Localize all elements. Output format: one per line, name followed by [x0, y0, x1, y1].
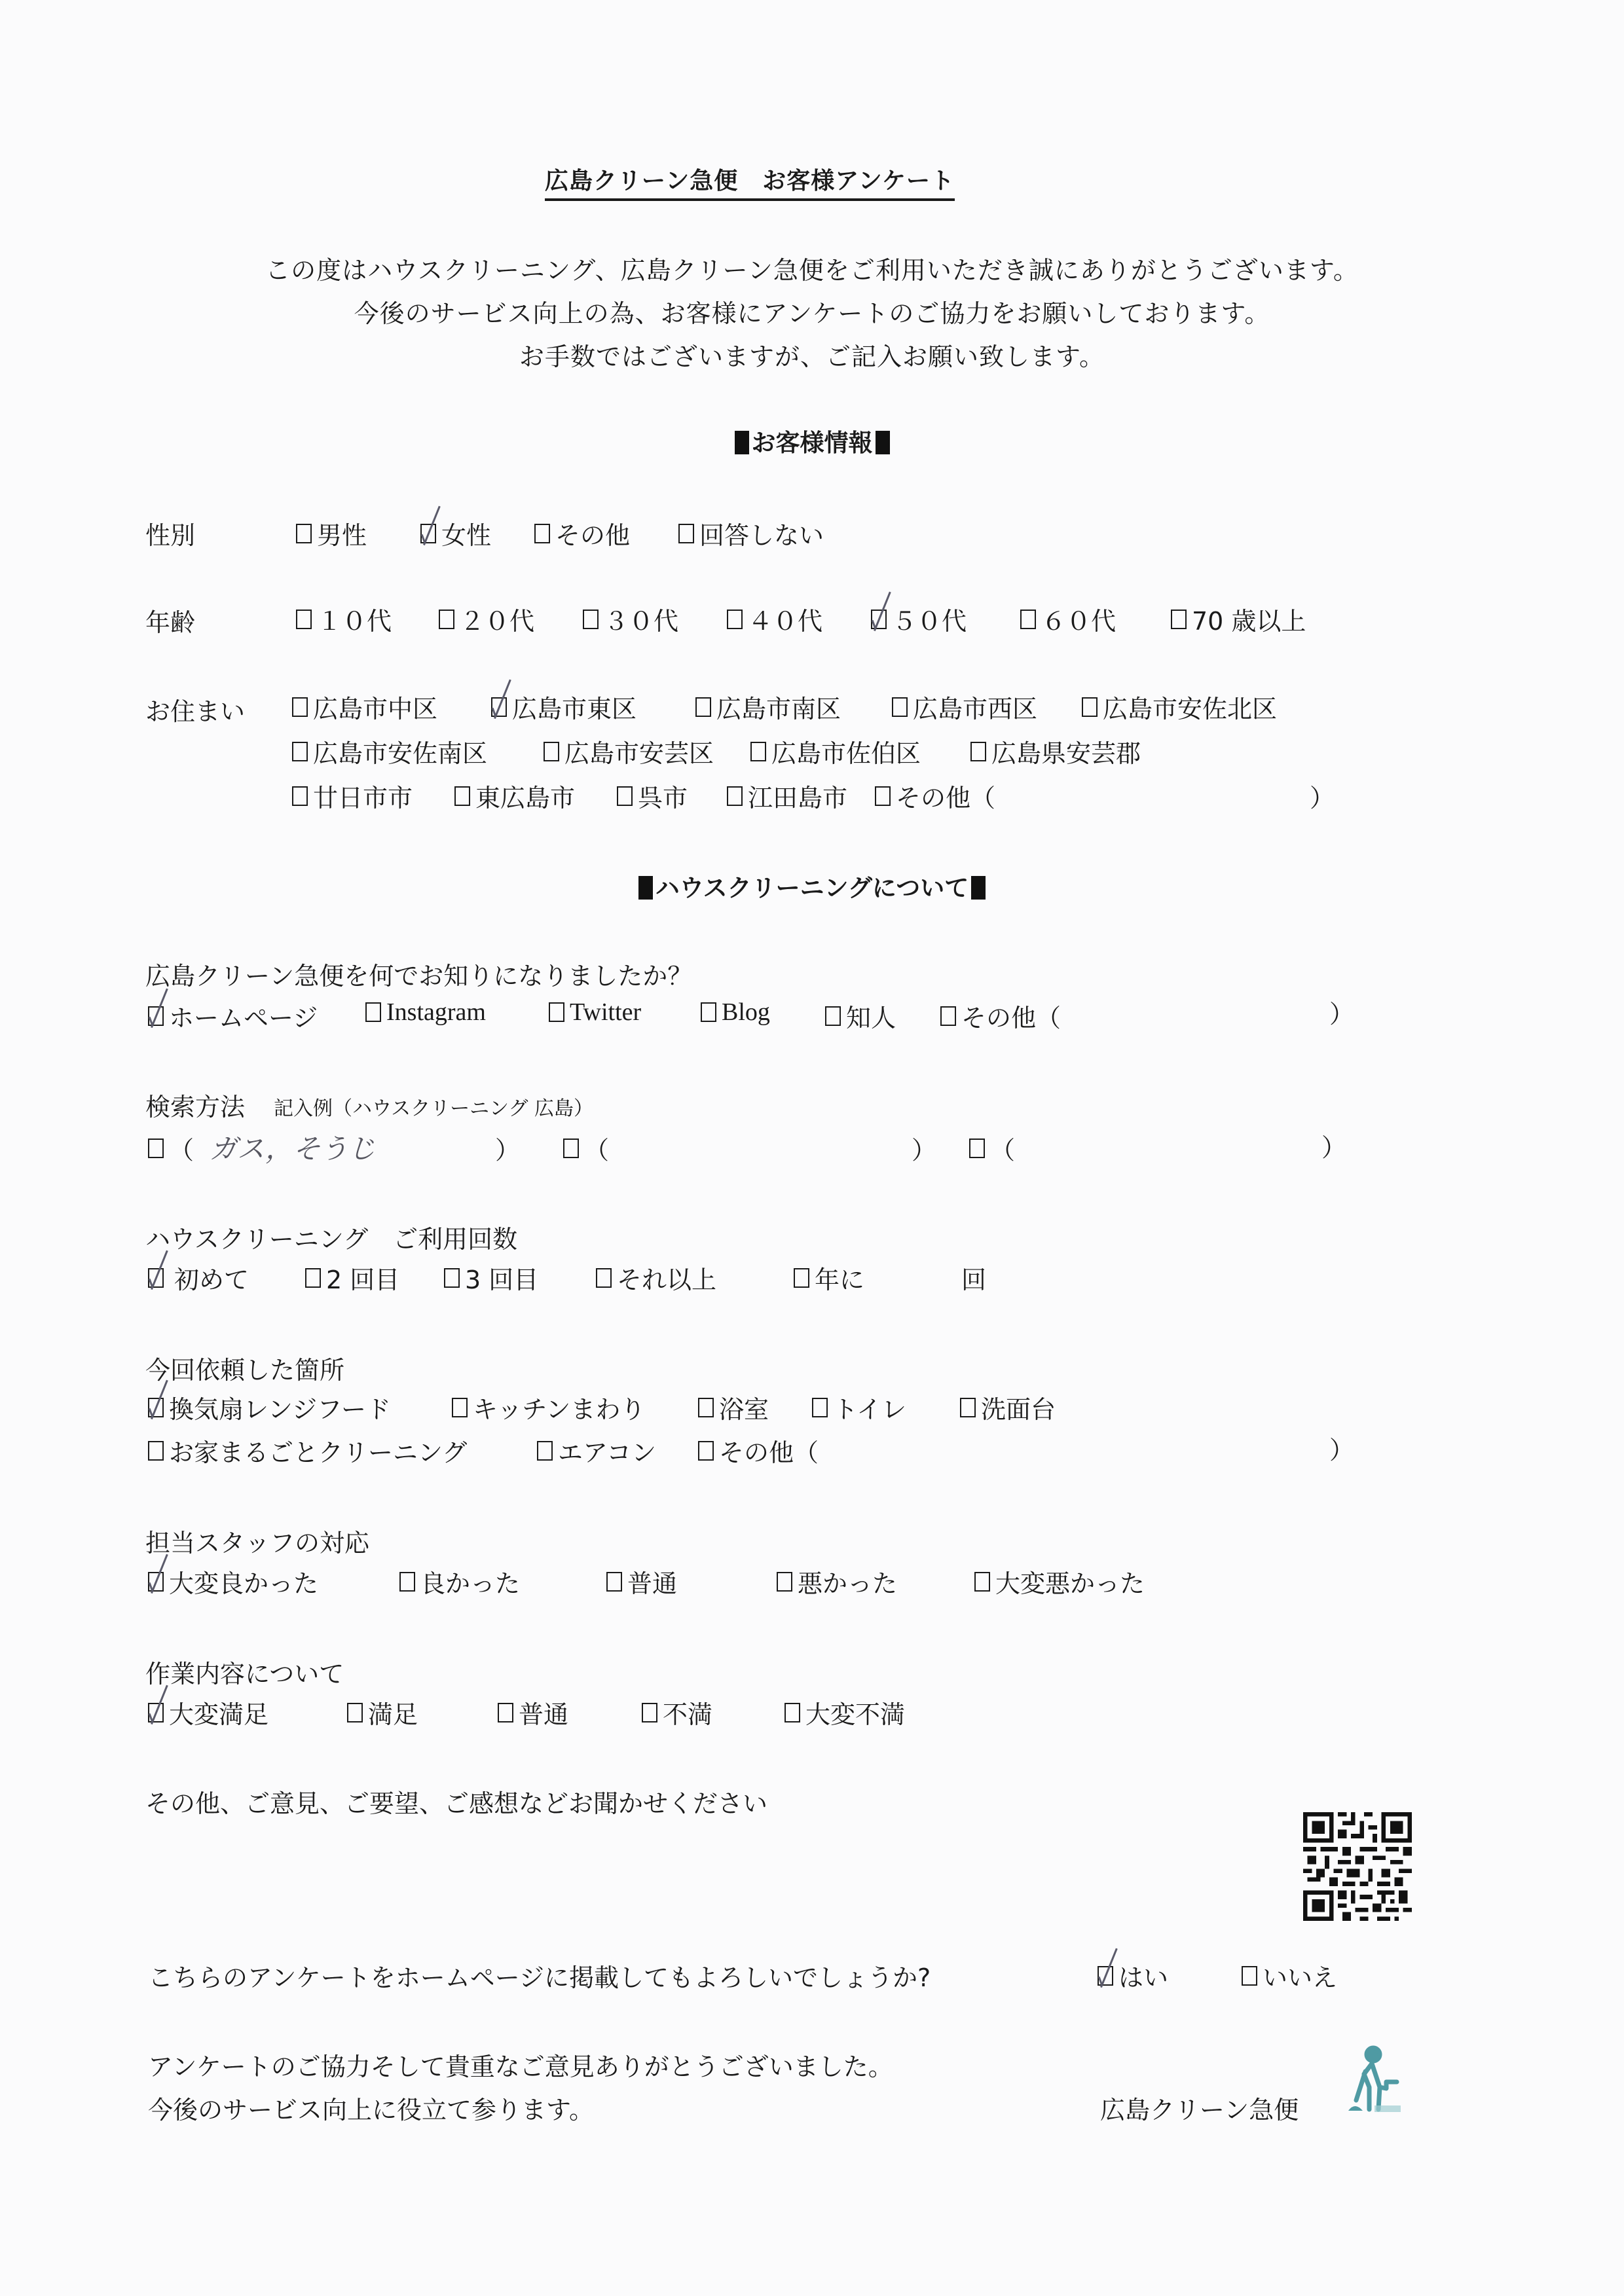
company-name: 広島クリーン急便 [1100, 2090, 1299, 2126]
qr-code-icon[interactable] [1303, 1812, 1412, 1921]
search-entry-2[interactable]: （ [563, 1130, 609, 1166]
age-option-50s[interactable]: ５０代 [871, 601, 967, 637]
work-question: 作業内容について [145, 1654, 344, 1690]
usage-option-second[interactable]: 2 回目 [305, 1260, 399, 1296]
residence-option-nishi[interactable]: 広島市西区 [892, 689, 1037, 725]
source-option-other[interactable]: その他（ [940, 998, 1061, 1034]
checkbox[interactable] [498, 1703, 513, 1722]
staff-option-good[interactable]: 良かった [399, 1563, 520, 1599]
checkbox[interactable] [940, 1006, 956, 1026]
residence-option-higashihiroshima[interactable]: 東広島市 [454, 778, 575, 814]
page-title: 広島クリーン急便 お客様アンケート [0, 162, 1500, 196]
gender-option-no-answer[interactable]: 回答しない [678, 515, 824, 551]
close-paren: ） [495, 1130, 520, 1166]
source-option-blog[interactable]: Blog [701, 998, 770, 1027]
age-option-10s[interactable]: １０代 [296, 601, 392, 637]
checkbox[interactable] [549, 1002, 564, 1022]
checkbox[interactable] [892, 697, 908, 717]
area-option-other[interactable]: その他（ [698, 1432, 819, 1468]
checkbox[interactable] [875, 786, 891, 806]
age-option-60s[interactable]: ６０代 [1020, 601, 1116, 637]
checkbox[interactable] [794, 1268, 809, 1288]
source-other-input[interactable] [1087, 998, 1323, 1027]
staff-question: 担当スタッフの対応 [145, 1523, 369, 1559]
staff-option-bad[interactable]: 悪かった [777, 1563, 897, 1599]
residence-option-minami[interactable]: 広島市南区 [695, 689, 841, 725]
heading-bullet [876, 431, 890, 454]
checkbox[interactable] [960, 1398, 976, 1417]
publish-question: こちらのアンケートをホームページに掲載してもよろしいでしょうか? [148, 1958, 931, 1994]
checkbox[interactable] [698, 1441, 714, 1461]
checkbox[interactable] [642, 1703, 657, 1722]
area-option-kitchen[interactable]: キッチンまわり [452, 1389, 645, 1425]
checkbox[interactable] [701, 1002, 716, 1022]
residence-option-asaminami[interactable]: 広島市安佐南区 [292, 733, 487, 769]
close-paren: ） [1329, 994, 1354, 1030]
area-option-toilet[interactable]: トイレ [812, 1389, 906, 1425]
checkbox-checked[interactable] [871, 610, 887, 629]
search-entry-1[interactable]: （ [148, 1130, 194, 1166]
work-option-very-satisfied[interactable]: 大変満足 [148, 1694, 268, 1730]
checkbox[interactable] [698, 1398, 714, 1417]
checkbox[interactable] [347, 1703, 363, 1722]
age-option-20s[interactable]: ２０代 [439, 601, 534, 637]
intro-line-1: この度はハウスクリーニング、広島クリーン急便をご利用いただき誠にありがとうござい… [0, 250, 1624, 286]
checkbox[interactable] [544, 742, 559, 761]
checkbox[interactable] [305, 1268, 321, 1288]
checkbox[interactable] [292, 786, 308, 806]
residence-option-naka[interactable]: 広島市中区 [292, 689, 437, 725]
gender-option-female[interactable]: 女性 [420, 515, 491, 551]
checkbox[interactable] [439, 610, 454, 629]
residence-option-etajima[interactable]: 江田島市 [727, 778, 847, 814]
comments-question: その他、ご意見、ご要望、ご感想などお聞かせください [145, 1783, 767, 1819]
section-heading-customer-info: お客様情報 [0, 423, 1624, 458]
close-paren: ） [1329, 1430, 1354, 1466]
gender-label: 性別 [145, 515, 195, 551]
checkbox-checked[interactable] [148, 1006, 164, 1026]
source-question: 広島クリーン急便を何でお知りになりましたか？ [145, 956, 692, 992]
close-paren: ） [1321, 1127, 1346, 1163]
source-option-acquaintance[interactable]: 知人 [825, 998, 896, 1034]
residence-option-saeki[interactable]: 広島市佐伯区 [750, 733, 921, 769]
source-option-twitter[interactable]: Twitter [549, 998, 641, 1027]
area-option-washbasin[interactable]: 洗面台 [960, 1389, 1056, 1425]
age-option-70plus[interactable]: 70 歳以上 [1171, 601, 1306, 637]
checkbox[interactable] [974, 1572, 990, 1592]
checkbox[interactable] [148, 1441, 164, 1461]
checkbox[interactable] [534, 524, 550, 543]
work-option-satisfied[interactable]: 満足 [347, 1694, 418, 1730]
areas-question: 今回依頼した箇所 [145, 1350, 344, 1386]
checkbox[interactable] [148, 1139, 164, 1158]
staff-option-very-bad[interactable]: 大変悪かった [974, 1563, 1145, 1599]
usage-option-third[interactable]: 3 回目 [444, 1260, 538, 1296]
cleaning-staff-vacuum-icon [1346, 2041, 1405, 2120]
checkbox[interactable] [537, 1441, 553, 1461]
checkbox[interactable] [1171, 610, 1187, 629]
checkbox[interactable] [606, 1572, 622, 1592]
checkbox-checked[interactable] [491, 697, 507, 717]
checkbox-checked[interactable] [148, 1703, 164, 1722]
work-option-very-dissatisfied[interactable]: 大変不満 [784, 1694, 905, 1730]
checkbox[interactable] [695, 697, 711, 717]
area-other-input[interactable] [851, 1432, 1323, 1461]
checkbox[interactable] [777, 1572, 792, 1592]
area-option-range-hood[interactable]: 換気扇レンジフード [148, 1389, 391, 1425]
residence-option-asakita[interactable]: 広島市安佐北区 [1082, 689, 1277, 725]
gender-option-other[interactable]: その他 [534, 515, 630, 551]
checkbox[interactable] [617, 786, 633, 806]
checkbox[interactable] [365, 1002, 381, 1022]
checkbox[interactable] [292, 742, 308, 761]
search-example: 記入例（ハウスクリーニング 広島） [274, 1092, 593, 1121]
checkbox[interactable] [454, 786, 470, 806]
work-option-average[interactable]: 普通 [498, 1694, 568, 1730]
area-option-whole-house[interactable]: お家まるごとクリーニング [148, 1432, 467, 1468]
checkbox[interactable] [596, 1268, 612, 1288]
residence-label: お住まい [145, 691, 245, 727]
checkbox[interactable] [825, 1006, 841, 1026]
thanks-message: アンケートのご協力そして貴重なご意見ありがとうございました。 [148, 2047, 893, 2083]
checkbox[interactable] [678, 524, 694, 543]
close-paren: ） [912, 1130, 936, 1166]
work-option-dissatisfied[interactable]: 不満 [642, 1694, 712, 1730]
age-label: 年齢 [145, 602, 195, 638]
residence-option-other[interactable]: その他（ [875, 778, 995, 814]
checkbox[interactable] [970, 742, 986, 761]
checkbox-checked[interactable] [420, 524, 436, 543]
checkbox-checked[interactable] [148, 1398, 164, 1417]
checkbox[interactable] [452, 1398, 468, 1417]
usage-option-more[interactable]: それ以上 [596, 1260, 716, 1296]
staff-option-very-good[interactable]: 大変良かった [148, 1563, 318, 1599]
checkbox[interactable] [583, 610, 599, 629]
residence-option-kure[interactable]: 呉市 [617, 778, 688, 814]
checkbox[interactable] [296, 524, 312, 543]
residence-option-akigun[interactable]: 広島県安芸郡 [970, 733, 1141, 769]
search-entry-2-input[interactable] [629, 1130, 904, 1159]
checkbox[interactable] [1020, 610, 1036, 629]
source-option-homepage[interactable]: ホームページ [148, 998, 318, 1034]
per-year-suffix: 回 [961, 1260, 986, 1296]
age-option-40s[interactable]: ４０代 [727, 601, 822, 637]
usage-option-first[interactable]: 初めて [148, 1260, 249, 1296]
area-option-bathroom[interactable]: 浴室 [698, 1389, 769, 1425]
checkbox-checked[interactable] [148, 1572, 164, 1592]
section-heading-house-cleaning: ハウスクリーニングについて [0, 868, 1624, 903]
search-entry-1-input[interactable]: ガス，そうじ [210, 1127, 375, 1167]
residence-option-hatsukaichi[interactable]: 廿日市市 [292, 778, 413, 814]
checkbox[interactable] [969, 1139, 985, 1158]
per-year-count-input[interactable] [877, 1260, 956, 1288]
usage-count-question: ハウスクリーニング ご利用回数 [145, 1219, 517, 1255]
checkbox[interactable] [727, 610, 743, 629]
checkbox[interactable] [296, 610, 312, 629]
checkbox[interactable] [563, 1139, 579, 1158]
intro-line-2: 今後のサービス向上の為、お客様にアンケートのご協力をお願いしております。 [0, 293, 1624, 329]
checkbox[interactable] [750, 742, 766, 761]
area-option-aircon[interactable]: エアコン [537, 1432, 656, 1468]
search-entry-3[interactable]: （ [969, 1130, 1015, 1166]
usage-option-per-year[interactable]: 年に [794, 1260, 864, 1296]
closing-message: 今後のサービス向上に役立て参ります。 [148, 2090, 594, 2126]
heading-bullet [971, 876, 986, 900]
gender-option-male[interactable]: 男性 [296, 515, 367, 551]
comments-input[interactable] [145, 1827, 1259, 1931]
residence-other-input[interactable] [1022, 778, 1297, 807]
residence-option-aki[interactable]: 広島市安芸区 [544, 733, 714, 769]
search-entry-3-input[interactable] [1035, 1130, 1310, 1159]
checkbox[interactable] [784, 1703, 800, 1722]
checkbox[interactable] [399, 1572, 415, 1592]
intro-line-3: お手数ではございますが、ご記入お願い致します。 [0, 337, 1624, 373]
checkbox[interactable] [292, 697, 308, 717]
checkbox[interactable] [727, 786, 743, 806]
checkbox[interactable] [1082, 697, 1098, 717]
heading-bullet [735, 431, 749, 454]
age-option-30s[interactable]: ３０代 [583, 601, 678, 637]
search-question: 検索方法 [145, 1087, 245, 1123]
staff-option-average[interactable]: 普通 [606, 1563, 677, 1599]
residence-option-higashi[interactable]: 広島市東区 [491, 689, 637, 725]
close-paren: ） [1310, 778, 1335, 814]
checkbox-checked[interactable] [148, 1268, 164, 1288]
heading-bullet [638, 876, 653, 900]
checkbox[interactable] [444, 1268, 460, 1288]
checkbox[interactable] [1242, 1966, 1257, 1986]
source-option-instagram[interactable]: Instagram [365, 998, 486, 1027]
publish-option-yes[interactable]: はい [1098, 1958, 1168, 1994]
checkbox-checked[interactable] [1098, 1966, 1113, 1986]
publish-option-no[interactable]: いいえ [1242, 1958, 1337, 1994]
checkbox[interactable] [812, 1398, 828, 1417]
